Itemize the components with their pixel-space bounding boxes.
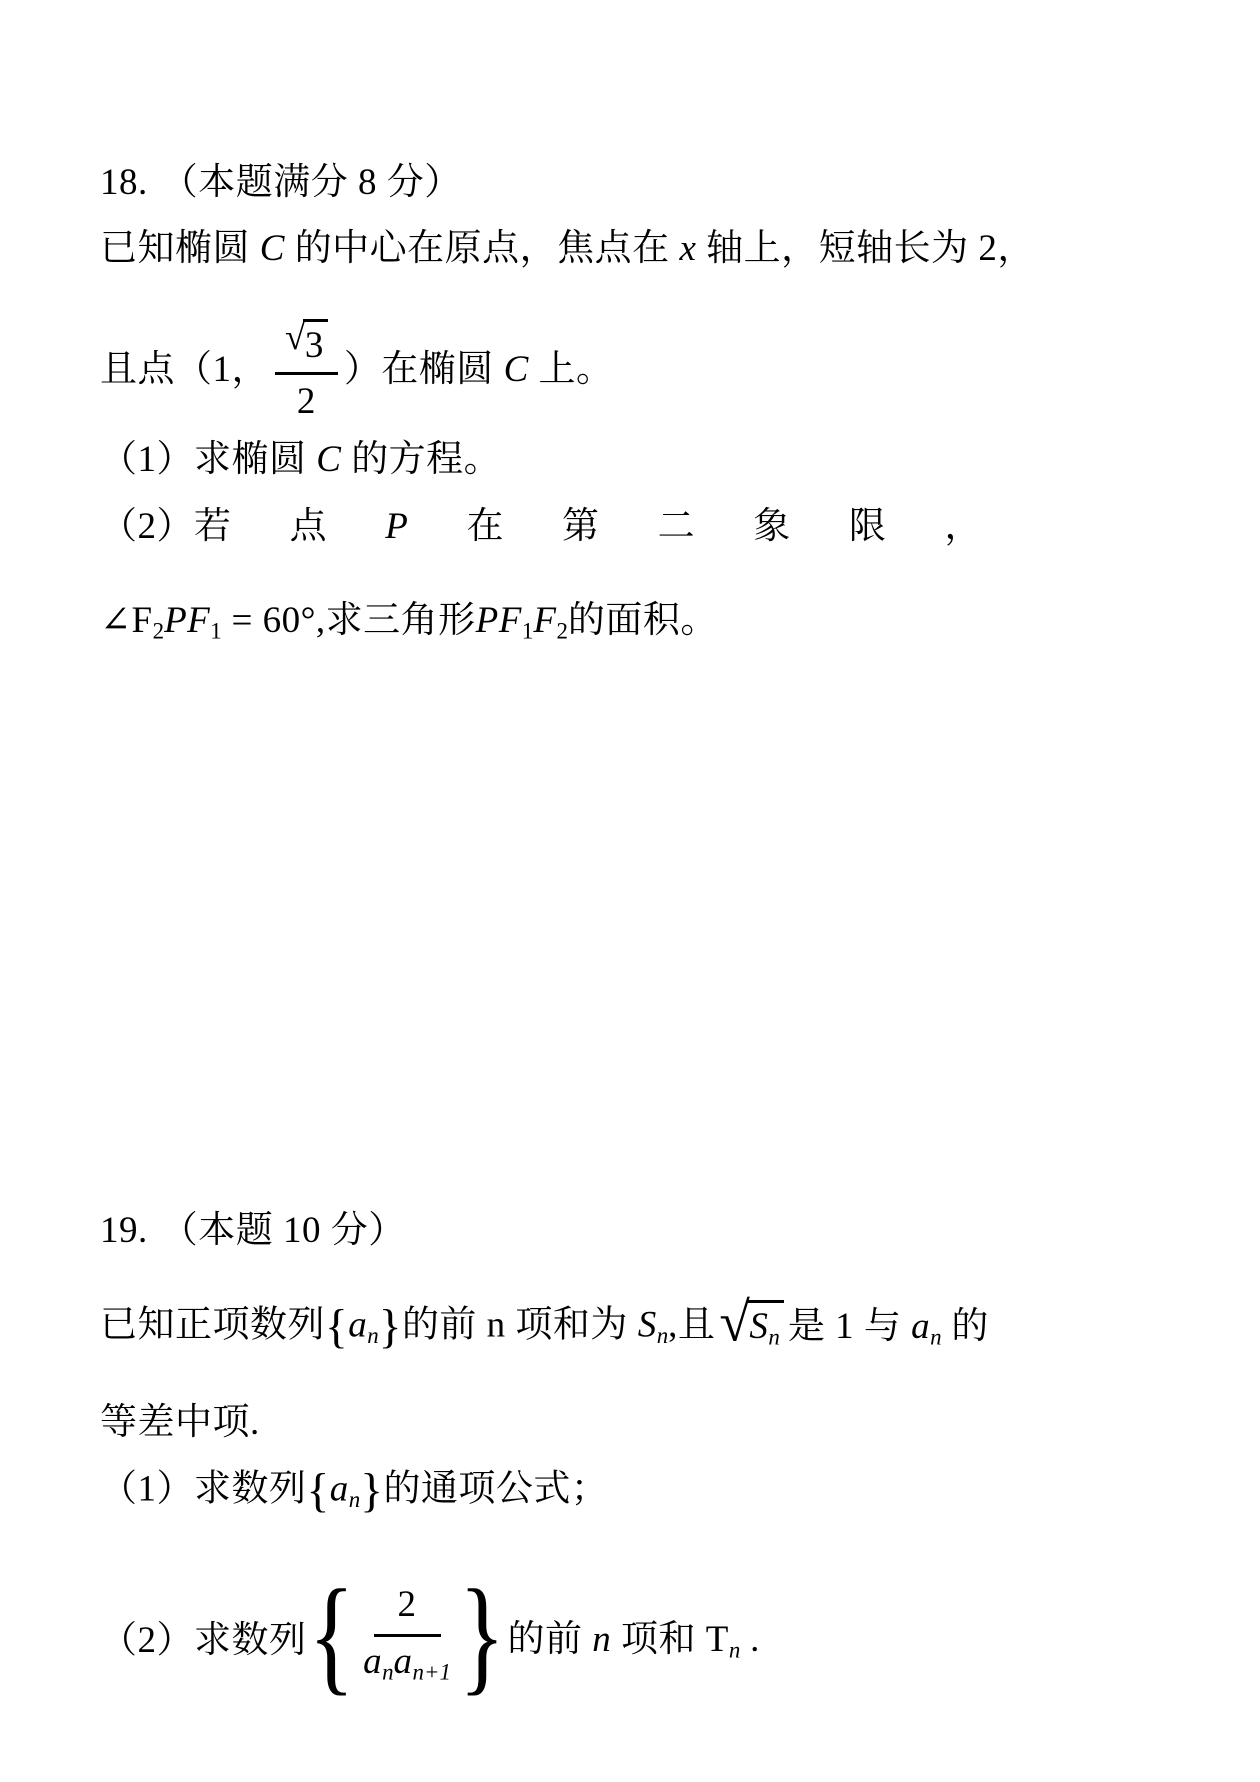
problem-18-angle-line: ∠F2PF1 = 60°,求三角形PF1F2的面积。: [100, 598, 718, 646]
problem-19-number: 19.: [100, 1210, 148, 1251]
intro-text: 已知正项数列{an}的前 n 项和为 Sn,且: [100, 1298, 715, 1357]
subscript: 1: [210, 618, 221, 643]
var-T: T: [706, 1619, 729, 1660]
var-PF: PF: [476, 600, 522, 641]
big-brace-left: {: [309, 1570, 356, 1700]
intro-text: 的中心在原点，焦点在: [285, 228, 680, 269]
part2-word: 二: [658, 504, 696, 550]
subscript-n: n: [382, 1660, 393, 1685]
brace-left: {: [307, 1465, 330, 1517]
equals-60: = 60: [222, 600, 301, 641]
var-S: S: [749, 1306, 768, 1347]
var-a: a: [363, 1641, 382, 1682]
var-n: n: [592, 1619, 611, 1660]
var-PF: PF: [164, 600, 210, 641]
angle-sign: ∠: [100, 600, 132, 641]
exam-page: 18.（本题满分 8 分） 已知椭圆 C 的中心在原点，焦点在 x 轴上，短轴长…: [0, 0, 1260, 1782]
brace-left: {: [325, 1301, 348, 1353]
part2-word: 在: [466, 504, 504, 550]
part2-word: （2）若: [100, 504, 232, 550]
intro-cont-text: 等差中项.: [100, 1402, 260, 1443]
problem-19-part2: （2）求数列 { 2 anan+1 } 的前 n 项和 Tn .: [100, 1552, 760, 1717]
fraction-denominator: 2: [297, 375, 316, 425]
intro-text: 的前 n 项和为: [402, 1305, 638, 1346]
point-line-text: ）在椭圆 C 上。: [344, 347, 614, 393]
problem-19-intro-line: 已知正项数列{an}的前 n 项和为 Sn,且 √Sn 是 1 与 an 的: [100, 1288, 989, 1368]
var-x: x: [679, 228, 696, 269]
problem-19-part1: （1）求数列{an}的通项公式；: [100, 1462, 608, 1521]
brace-right: }: [379, 1301, 402, 1353]
problem-18-number: 18.: [100, 162, 148, 203]
part2-text: .: [740, 1619, 760, 1660]
part2-text: 的前 n 项和 Tn .: [508, 1617, 760, 1665]
var-a: a: [348, 1305, 367, 1346]
degree-sign: °: [301, 600, 316, 641]
var-a: a: [394, 1641, 413, 1682]
subscript-n: n: [768, 1325, 779, 1350]
radical-sign: √: [719, 1296, 750, 1352]
part1-text: 的通项公式；: [383, 1468, 608, 1509]
part2-text: （2）求数列: [100, 1618, 307, 1664]
var-a: a: [911, 1306, 930, 1347]
problem-19-header: 19.（本题 10 分）: [100, 1208, 406, 1254]
point-line-text: 上。: [529, 349, 614, 390]
point-line-text: ）在椭圆: [344, 349, 504, 390]
intro-text: ,且: [668, 1305, 715, 1346]
intro-text: 轴上，短轴长为 2，: [696, 228, 1035, 269]
var-P: P: [385, 504, 408, 550]
problem-18-points: （本题满分 8 分）: [161, 162, 462, 203]
radicand: 3: [303, 319, 328, 369]
problem-18-intro-line: 已知椭圆 C 的中心在原点，焦点在 x 轴上，短轴长为 2，: [100, 226, 1035, 272]
fraction-denominator: anan+1: [363, 1637, 451, 1687]
part2-comma: ，: [944, 504, 982, 550]
subscript-n: n: [930, 1324, 941, 1349]
intro-text: 已知正项数列: [100, 1305, 325, 1346]
fraction-2-over-anan1: 2 anan+1: [363, 1582, 451, 1687]
angle-line-text: ,求三角形: [316, 600, 476, 641]
sqrt-Sn: √Sn: [719, 1300, 783, 1356]
var-a: a: [330, 1468, 349, 1509]
subscript: 1: [522, 618, 533, 643]
part1-text: （1）求椭圆: [100, 439, 316, 480]
part2-word: 象: [753, 504, 791, 550]
point-line-text: 且点（1，: [100, 347, 269, 393]
part1-text: 的方程。: [341, 439, 501, 480]
angle-line-text: 的面积。: [568, 600, 718, 641]
radicand: Sn: [747, 1300, 783, 1352]
subscript-n-plus-1: n+1: [413, 1660, 451, 1685]
subscript: 2: [153, 618, 164, 643]
sqrt-3: √3: [285, 319, 328, 369]
part2-word: 限: [849, 504, 887, 550]
part2-word: 点: [290, 504, 328, 550]
problem-18-header: 18.（本题满分 8 分）: [100, 160, 462, 206]
focus-F: F: [132, 600, 153, 641]
subscript-n: n: [349, 1487, 360, 1512]
intro-text: 是 1 与: [788, 1306, 911, 1347]
intro-text: 已知椭圆: [100, 228, 260, 269]
var-C: C: [504, 349, 529, 390]
brace-right: }: [360, 1465, 383, 1517]
problem-18-point-line: 且点（1， √3 2 ）在椭圆 C 上。: [100, 295, 614, 445]
intro-text: 的: [942, 1306, 989, 1347]
fraction-sqrt3-over-2: √3 2: [275, 315, 338, 426]
subscript-n: n: [657, 1323, 668, 1348]
problem-19-intro-cont: 等差中项.: [100, 1400, 260, 1446]
problem-18-part2: （2）若 点 P 在 第 二 象 限 ，: [100, 504, 982, 550]
var-F: F: [533, 600, 556, 641]
subscript-n: n: [367, 1323, 378, 1348]
intro-text: 是 1 与 an 的: [788, 1304, 989, 1352]
fraction-numerator: 2: [374, 1582, 441, 1637]
part2-text: 的前: [508, 1619, 593, 1660]
problem-18-part1: （1）求椭圆 C 的方程。: [100, 437, 501, 483]
part1-text: （1）求数列: [100, 1468, 307, 1509]
var-C: C: [260, 228, 285, 269]
fraction-numerator: √3: [275, 315, 338, 375]
part2-word: 第: [562, 504, 600, 550]
var-S: S: [638, 1305, 657, 1346]
part2-text: 项和: [611, 1619, 706, 1660]
problem-19-points: （本题 10 分）: [161, 1210, 406, 1251]
big-brace-right: }: [459, 1570, 506, 1700]
var-C: C: [316, 439, 341, 480]
subscript: 2: [556, 618, 567, 643]
subscript-n: n: [729, 1638, 740, 1663]
